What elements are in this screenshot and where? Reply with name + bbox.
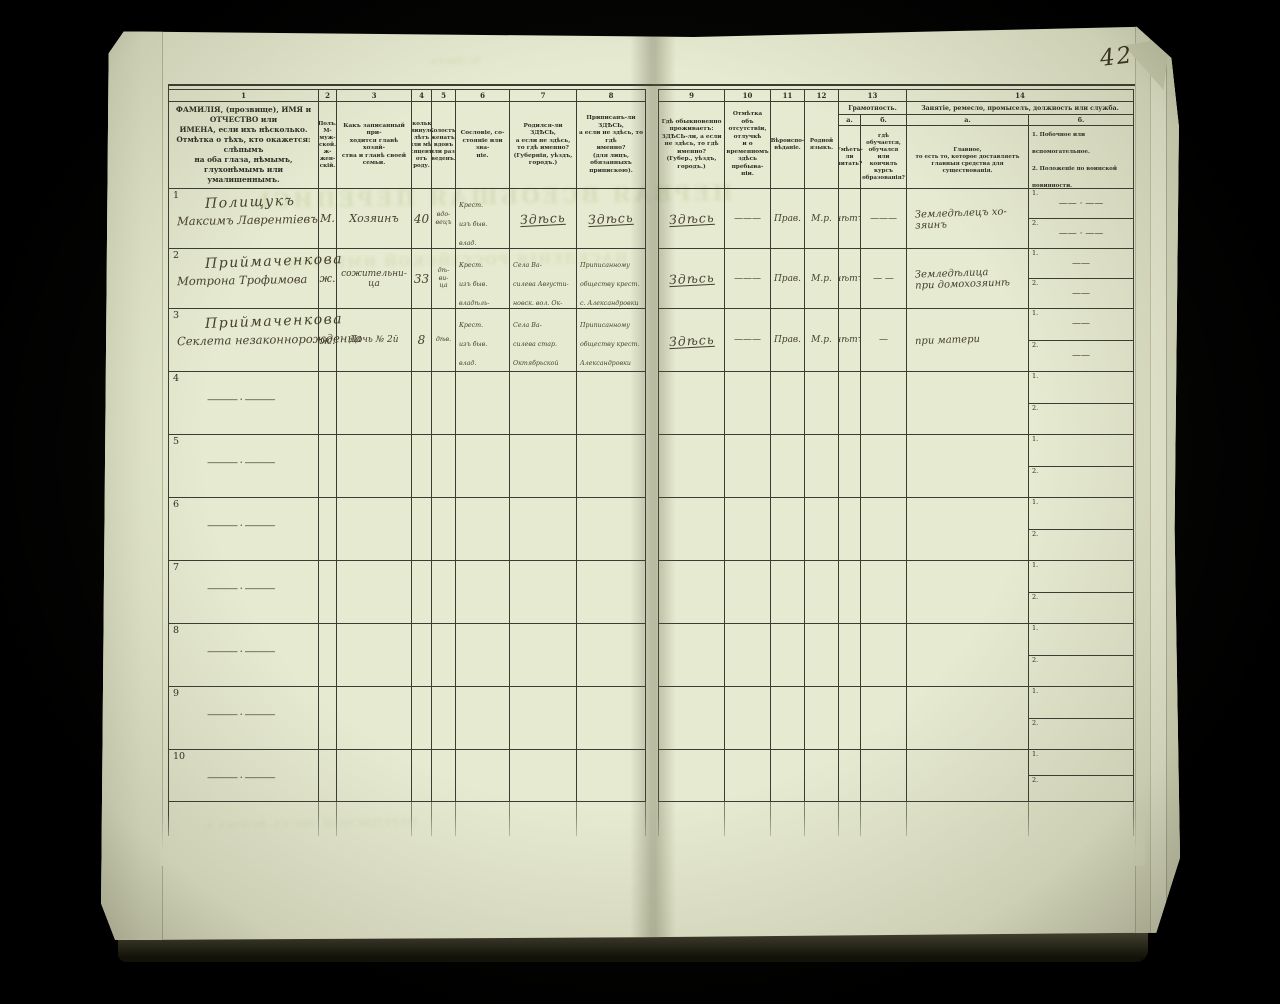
- header-col-12: 12 Родной языкъ.: [805, 89, 839, 189]
- bleed-through-text: № Листъ: [430, 56, 481, 68]
- cell-sex: ж.: [319, 249, 337, 309]
- cell-literacy-a: нѣтъ: [839, 189, 861, 249]
- empty-cell: [510, 750, 577, 802]
- handwriting: Прав.: [774, 274, 801, 284]
- book-fold-gutter: [646, 309, 659, 372]
- empty-cell: [456, 687, 510, 750]
- cell-estate: Крест. изъ быв. влад.: [456, 309, 510, 372]
- side-occupation-2: 2.: [1029, 656, 1133, 687]
- empty-cell: [432, 561, 456, 624]
- empty-cell: [725, 435, 771, 498]
- empty-cell: [659, 561, 725, 624]
- row-number: 8: [173, 625, 179, 636]
- printed-label: 2.: [1032, 279, 1038, 287]
- empty-cell: [337, 624, 412, 687]
- handwritten-dash: ——— · ———: [207, 519, 318, 532]
- side-occupation-2: 2.—— · ——: [1029, 219, 1133, 248]
- cell-side-occupation: 1.—— · —— 2.—— · ——: [1029, 189, 1134, 249]
- cell-marital: дѣ- ви- ца: [432, 249, 456, 309]
- cell-literacy-a: нѣтъ: [839, 309, 861, 372]
- handwritten-dash: ——— · ———: [207, 771, 318, 784]
- cell-estate: Крест. изъ быв. влад.: [456, 189, 510, 249]
- handwriting: нѣтъ: [839, 214, 861, 224]
- cell-literacy-b: ———: [861, 189, 907, 249]
- column-header-text: Отмѣтка объ отсутствіи, отлучкѣ и о врем…: [725, 102, 770, 188]
- printed-label: 1.: [1032, 372, 1038, 380]
- census-page: ПЕРВАЯ ВСЕОБЩАЯ ПЕРЕПИСЬ НАСЕЛЕНІЯ РОССІ…: [100, 26, 1180, 940]
- handwritten-surname: Приймаченкова: [205, 252, 318, 272]
- printed-label: 1.: [1032, 249, 1038, 257]
- handwriting: — —: [873, 274, 894, 284]
- table-stub-cell: [169, 802, 319, 836]
- empty-cell: [771, 561, 805, 624]
- handwriting: ———: [734, 274, 761, 284]
- cell-name: 10 ——— · ———: [169, 750, 319, 802]
- cell-name: 5 ——— · ———: [169, 435, 319, 498]
- cell-side-occupation: 1. 2.: [1029, 561, 1134, 624]
- empty-cell: [659, 372, 725, 435]
- row-number: 3: [173, 310, 179, 321]
- empty-cell: [412, 372, 432, 435]
- empty-cell: [861, 624, 907, 687]
- header-col-8: 8 Приписанъ-ли ЗДѢСЬ, а если не здѣсь, т…: [577, 89, 646, 189]
- handwriting: 40: [414, 212, 429, 226]
- empty-cell: [456, 435, 510, 498]
- cell-name: 4 ——— · ———: [169, 372, 319, 435]
- side-occupation-2: 2.: [1029, 467, 1133, 498]
- empty-cell: [432, 687, 456, 750]
- empty-cell: [432, 750, 456, 802]
- cell-absence: ———: [725, 189, 771, 249]
- cell-religion: Прав.: [771, 189, 805, 249]
- cell-marital: вдо- вецъ: [432, 189, 456, 249]
- header-col-10: 10 Отмѣтка объ отсутствіи, отлучкѣ и о в…: [725, 89, 771, 189]
- handwriting: Земледѣлецъ хо- зяинъ: [915, 206, 1008, 231]
- handwriting: ——: [1072, 319, 1090, 329]
- row-number: 4: [173, 373, 179, 384]
- empty-cell: [907, 750, 1029, 802]
- cell-relation: Хозяинъ: [337, 189, 412, 249]
- handwriting: ж.: [319, 334, 335, 347]
- empty-cell: [725, 687, 771, 750]
- handwriting: Приписанному обществу крест. с. Александ…: [580, 262, 640, 309]
- empty-cell: [456, 372, 510, 435]
- occupation-title: Занятіе, ремесло, промыселъ, должность и…: [907, 102, 1133, 115]
- header-col-6: 6 Сословіе, со- стояніе или зва- ніе.: [456, 89, 510, 189]
- handwriting: —— · ——: [1059, 199, 1104, 209]
- printed-label: 2.: [1032, 593, 1038, 601]
- handwriting: Дочь № 2й: [350, 335, 399, 345]
- printed-label: 2.: [1032, 719, 1038, 727]
- handwritten-dash: ——— · ———: [207, 708, 318, 721]
- page-edge-strip: [1135, 26, 1150, 940]
- empty-cell: [337, 687, 412, 750]
- cell-birthplace: Села Ва- силева Августи- новск. вол. Ок-…: [510, 249, 577, 309]
- cell-estate: Крест. изъ быв. владѣль- ческихъ: [456, 249, 510, 309]
- handwriting: при матери: [915, 333, 980, 346]
- column-number: 7: [510, 90, 576, 102]
- table-stub-cell: [577, 802, 646, 836]
- empty-cell: [805, 750, 839, 802]
- header-col-5: 5 Холостъ, женатъ, вдовъ или раз- веденъ…: [432, 89, 456, 189]
- cell-literacy-b: —: [861, 309, 907, 372]
- empty-cell: [771, 624, 805, 687]
- side-occupation-1: 1.——: [1029, 309, 1133, 341]
- table-stub-cell: [432, 802, 456, 836]
- empty-cell: [907, 624, 1029, 687]
- cell-name: 8 ——— · ———: [169, 624, 319, 687]
- empty-cell: [510, 372, 577, 435]
- handwriting: Хозяинъ: [349, 212, 398, 225]
- cell-registered: Приписанному обществу крест. Александров…: [577, 309, 646, 372]
- empty-cell: [337, 435, 412, 498]
- subcolumn-label: б.: [861, 115, 906, 126]
- handwriting: нѣтъ: [839, 274, 861, 284]
- cell-residence: Здѣсь: [659, 189, 725, 249]
- header-col-13a: а. Умѣетъ- ли читать?: [839, 115, 861, 188]
- cell-registered: Здѣсь: [577, 189, 646, 249]
- handwriting: Крест. изъ быв. владѣль- ческихъ: [459, 262, 490, 309]
- handwriting: Прав.: [774, 214, 801, 224]
- empty-cell: [319, 498, 337, 561]
- column-header-text: Гдѣ обыкновенно проживаетъ: ЗДѢСЬ-ли, а …: [659, 102, 724, 188]
- table-stub-cell: [646, 802, 659, 836]
- cell-name: 1 Полищукъ Максимъ Лаврентіевъ: [169, 189, 319, 249]
- handwriting: М.р.: [811, 214, 832, 224]
- empty-cell: [577, 498, 646, 561]
- cell-absence: ———: [725, 309, 771, 372]
- handwriting: сожительни- ца: [341, 269, 407, 289]
- empty-cell: [805, 372, 839, 435]
- handwriting: Прав.: [774, 335, 801, 345]
- book-fold-gutter: [646, 561, 659, 624]
- book-fold-gutter: [646, 189, 659, 249]
- cell-name: 6 ——— · ———: [169, 498, 319, 561]
- table-stub-cell: [337, 802, 412, 836]
- empty-cell: [725, 498, 771, 561]
- subcolumn-label: б.: [1029, 115, 1133, 126]
- handwritten-dash: ——— · ———: [207, 456, 318, 469]
- empty-cell: [725, 372, 771, 435]
- printed-label: 2.: [1032, 404, 1038, 412]
- column-number: 13: [839, 90, 906, 102]
- empty-cell: [839, 624, 861, 687]
- empty-cell: [456, 624, 510, 687]
- column-header-text: Сословіе, со- стояніе или зва- ніе.: [456, 102, 509, 188]
- table-stub-cell: [771, 802, 805, 836]
- empty-cell: [510, 624, 577, 687]
- table-stub-cell: [839, 802, 861, 836]
- subcolumn-label: а.: [907, 115, 1028, 126]
- cell-side-occupation: 1.—— 2.——: [1029, 309, 1134, 372]
- handwriting: ——: [1072, 289, 1090, 299]
- empty-cell: [456, 498, 510, 561]
- side-occupation-2: 2.: [1029, 404, 1133, 435]
- table-stub-cell: [510, 802, 577, 836]
- header-col-13-literacy: 13 Грамотность. а. Умѣетъ- ли читать? б.…: [839, 89, 907, 189]
- empty-cell: [432, 435, 456, 498]
- cell-side-occupation: 1. 2.: [1029, 750, 1134, 802]
- handwriting: —: [879, 335, 888, 345]
- column-number: 12: [805, 90, 838, 102]
- empty-cell: [577, 435, 646, 498]
- cell-religion: Прав.: [771, 249, 805, 309]
- empty-cell: [412, 498, 432, 561]
- handwriting: Здѣсь: [520, 210, 566, 227]
- header-col-14b: б. 1. Побочное или вспомогательное. 2. П…: [1029, 115, 1133, 189]
- printed-label: 1.: [1032, 561, 1038, 569]
- empty-cell: [510, 435, 577, 498]
- table-stub-cell: [319, 802, 337, 836]
- handwriting: 8: [418, 333, 426, 347]
- empty-cell: [577, 561, 646, 624]
- cell-side-occupation: 1. 2.: [1029, 498, 1134, 561]
- cell-sex: ж.: [319, 309, 337, 372]
- table-stub-cell: [861, 802, 907, 836]
- book-fold-gutter: [646, 372, 659, 435]
- empty-cell: [861, 498, 907, 561]
- handwriting: Земледѣлица при домохозяинѣ: [915, 266, 1010, 291]
- header-col-7: 7 Родился-ли ЗДѢСЬ, а если не здѣсь, то …: [510, 89, 577, 189]
- empty-cell: [577, 687, 646, 750]
- column-number: 9: [659, 90, 724, 102]
- printed-label: 1.: [1032, 189, 1038, 197]
- handwriting: вдо- вецъ: [436, 211, 452, 226]
- printed-label: 2.: [1032, 776, 1038, 784]
- printed-label: 2.: [1032, 656, 1038, 664]
- side-occupation-1: 1.: [1029, 624, 1133, 656]
- table-stub-cell: [725, 802, 771, 836]
- cell-literacy-b: — —: [861, 249, 907, 309]
- empty-cell: [319, 372, 337, 435]
- empty-cell: [577, 624, 646, 687]
- handwriting: Села Ва- силева Августи- новск. вол. Ок-…: [513, 262, 569, 309]
- header-col-14a: а. Главное, то есть то, которое доставля…: [907, 115, 1029, 189]
- empty-cell: [659, 750, 725, 802]
- handwritten-given-name: Мотрона Трофимова: [177, 272, 318, 288]
- column-header-text: Полъ. М-муж- ской. ж-жен- скій.: [319, 102, 336, 188]
- cell-religion: Прав.: [771, 309, 805, 372]
- column-number: 10: [725, 90, 770, 102]
- handwritten-given-name: Максимъ Лаврентіевъ: [177, 212, 318, 228]
- empty-cell: [412, 750, 432, 802]
- row-number: 6: [173, 499, 179, 510]
- scan-background: ПЕРВАЯ ВСЕОБЩАЯ ПЕРЕПИСЬ НАСЕЛЕНІЯ РОССІ…: [0, 0, 1280, 1004]
- handwriting: ———: [870, 214, 897, 224]
- empty-cell: [839, 750, 861, 802]
- column-number: 3: [337, 90, 411, 102]
- column-header-text: Главное, то есть то, которое доставляетъ…: [907, 126, 1028, 189]
- column-number: 14: [907, 90, 1133, 102]
- handwriting: Крест. изъ быв. влад.: [459, 202, 487, 247]
- census-table: 1 ФАМИЛІЯ, (прозвище), ИМЯ и ОТЧЕСТВО ил…: [168, 84, 1135, 836]
- handwriting: ———: [734, 214, 761, 224]
- empty-cell: [659, 624, 725, 687]
- empty-cell: [319, 750, 337, 802]
- empty-cell: [456, 561, 510, 624]
- empty-cell: [725, 561, 771, 624]
- empty-cell: [577, 372, 646, 435]
- column-header-text: 1. Побочное или вспомогательное. 2. Поло…: [1029, 126, 1133, 189]
- printed-label: 1.: [1032, 624, 1038, 632]
- handwriting: нѣтъ: [839, 335, 861, 345]
- handwriting: Здѣсь: [588, 210, 634, 227]
- book-fold-gutter: [646, 687, 659, 750]
- cell-registered: Приписанному обществу крест. с. Александ…: [577, 249, 646, 309]
- handwritten-surname: Полищукъ: [205, 192, 318, 212]
- empty-cell: [319, 561, 337, 624]
- handwriting: ——: [1072, 351, 1090, 361]
- empty-cell: [510, 561, 577, 624]
- cell-name: 3 Приймаченкова Секлета незаконнорожденн…: [169, 309, 319, 372]
- cell-side-occupation: 1. 2.: [1029, 687, 1134, 750]
- row-number: 1: [173, 190, 179, 201]
- column-number: 1: [169, 90, 318, 102]
- empty-cell: [771, 750, 805, 802]
- handwritten-dash: ——— · ———: [207, 393, 318, 406]
- column-header-text: Умѣетъ- ли читать?: [839, 126, 860, 188]
- empty-cell: [337, 750, 412, 802]
- cell-occupation: Земледѣлецъ хо- зяинъ: [907, 189, 1029, 249]
- cell-relation: сожительни- ца: [337, 249, 412, 309]
- handwriting: Здѣсь: [668, 331, 714, 348]
- cell-side-occupation: 1. 2.: [1029, 624, 1134, 687]
- book-fold-gutter: [646, 249, 659, 309]
- empty-cell: [861, 750, 907, 802]
- handwriting: —— · ——: [1059, 229, 1104, 239]
- cell-birthplace: Здѣсь: [510, 189, 577, 249]
- printed-label: 1.: [1032, 687, 1038, 695]
- printed-label: 1.: [1032, 435, 1038, 443]
- side-occupation-2: 2.——: [1029, 279, 1133, 308]
- empty-cell: [839, 435, 861, 498]
- printed-label: 2.: [1032, 530, 1038, 538]
- empty-cell: [861, 435, 907, 498]
- column-number: 11: [771, 90, 804, 102]
- cell-side-occupation: 1. 2.: [1029, 435, 1134, 498]
- cell-relation: Дочь № 2й: [337, 309, 412, 372]
- column-header-text: Родился-ли ЗДѢСЬ, а если не здѣсь, то гд…: [510, 102, 576, 188]
- empty-cell: [805, 624, 839, 687]
- column-header-text: гдѣ обучается, обучался или кончилъ курс…: [861, 126, 906, 188]
- cell-name: 7 ——— · ———: [169, 561, 319, 624]
- column-number: 6: [456, 90, 509, 102]
- header-col-2: 2 Полъ. М-муж- ской. ж-жен- скій.: [319, 89, 337, 189]
- empty-cell: [337, 372, 412, 435]
- cell-language: М.р.: [805, 309, 839, 372]
- empty-cell: [412, 435, 432, 498]
- empty-cell: [907, 561, 1029, 624]
- side-occupation-2: 2.: [1029, 719, 1133, 750]
- column-header-text: ФАМИЛІЯ, (прозвище), ИМЯ и ОТЧЕСТВО или …: [169, 102, 318, 188]
- book-fold-gutter: [646, 750, 659, 802]
- handwriting: М.р.: [811, 335, 832, 345]
- empty-cell: [907, 498, 1029, 561]
- row-number: 10: [173, 751, 185, 762]
- empty-cell: [510, 687, 577, 750]
- side-occupation-1: 1.: [1029, 750, 1133, 776]
- handwritten-surname: Приймаченкова: [205, 312, 318, 332]
- table-stub-cell: [659, 802, 725, 836]
- book-fold-gutter: [646, 498, 659, 561]
- empty-cell: [861, 372, 907, 435]
- handwriting: Крест. изъ быв. влад.: [459, 322, 487, 367]
- empty-cell: [412, 687, 432, 750]
- book-fold-gutter: [646, 435, 659, 498]
- column-header-text: Родной языкъ.: [805, 102, 838, 188]
- handwriting: дѣв.: [436, 336, 451, 344]
- empty-cell: [771, 435, 805, 498]
- handwriting: Приписанному обществу крест. Александров…: [580, 322, 640, 372]
- empty-cell: [771, 372, 805, 435]
- cell-birthplace: Села Ва- силева стар. Октябрьской вол. З…: [510, 309, 577, 372]
- table-stub-cell: [1029, 802, 1134, 836]
- handwritten-dash: ——— · ———: [207, 582, 318, 595]
- handwriting: ———: [734, 335, 761, 345]
- empty-cell: [839, 687, 861, 750]
- column-number: 5: [432, 90, 455, 102]
- cell-residence: Здѣсь: [659, 249, 725, 309]
- empty-cell: [861, 561, 907, 624]
- empty-cell: [861, 687, 907, 750]
- empty-cell: [805, 561, 839, 624]
- side-occupation-1: 1.: [1029, 561, 1133, 593]
- empty-cell: [805, 687, 839, 750]
- printed-label: 2.: [1032, 467, 1038, 475]
- empty-cell: [805, 498, 839, 561]
- printed-label: 1.: [1032, 309, 1038, 317]
- side-occupation-2: 2.: [1029, 593, 1133, 624]
- row-number: 9: [173, 688, 179, 699]
- column-number: 8: [577, 90, 645, 102]
- empty-cell: [432, 624, 456, 687]
- cell-name: 2 Приймаченкова Мотрона Трофимова: [169, 249, 319, 309]
- printed-label: 1.: [1032, 498, 1038, 506]
- empty-cell: [337, 498, 412, 561]
- subcolumn-label: а.: [839, 115, 860, 126]
- table-stub-cell: [412, 802, 432, 836]
- empty-cell: [577, 750, 646, 802]
- book-fold-gutter: [646, 89, 659, 189]
- header-col-9: 9 Гдѣ обыкновенно проживаетъ: ЗДѢСЬ-ли, …: [659, 89, 725, 189]
- cell-occupation: при матери: [907, 309, 1029, 372]
- page-edge-strip: [1150, 26, 1166, 940]
- empty-cell: [839, 561, 861, 624]
- empty-cell: [319, 687, 337, 750]
- header-col-14-occupation: 14 Занятіе, ремесло, промыселъ, должност…: [907, 89, 1134, 189]
- empty-cell: [510, 498, 577, 561]
- empty-cell: [432, 372, 456, 435]
- empty-cell: [839, 498, 861, 561]
- side-occupation-1: 1.——: [1029, 249, 1133, 279]
- handwritten-dash: ——— · ———: [207, 645, 318, 658]
- table-stub-cell: [805, 802, 839, 836]
- cell-name: 9 ——— · ———: [169, 687, 319, 750]
- table-stub-cell: [907, 802, 1029, 836]
- cell-language: М.р.: [805, 249, 839, 309]
- empty-cell: [771, 687, 805, 750]
- header-col-3: 3 Какъ записанный при- ходится главѣ хоз…: [337, 89, 412, 189]
- empty-cell: [725, 624, 771, 687]
- empty-cell: [432, 498, 456, 561]
- table-stub-cell: [456, 802, 510, 836]
- cell-side-occupation: 1.—— 2.——: [1029, 249, 1134, 309]
- empty-cell: [412, 624, 432, 687]
- cell-age: 40: [412, 189, 432, 249]
- column-number: 2: [319, 90, 336, 102]
- side-occupation-1: 1.: [1029, 435, 1133, 467]
- empty-cell: [805, 435, 839, 498]
